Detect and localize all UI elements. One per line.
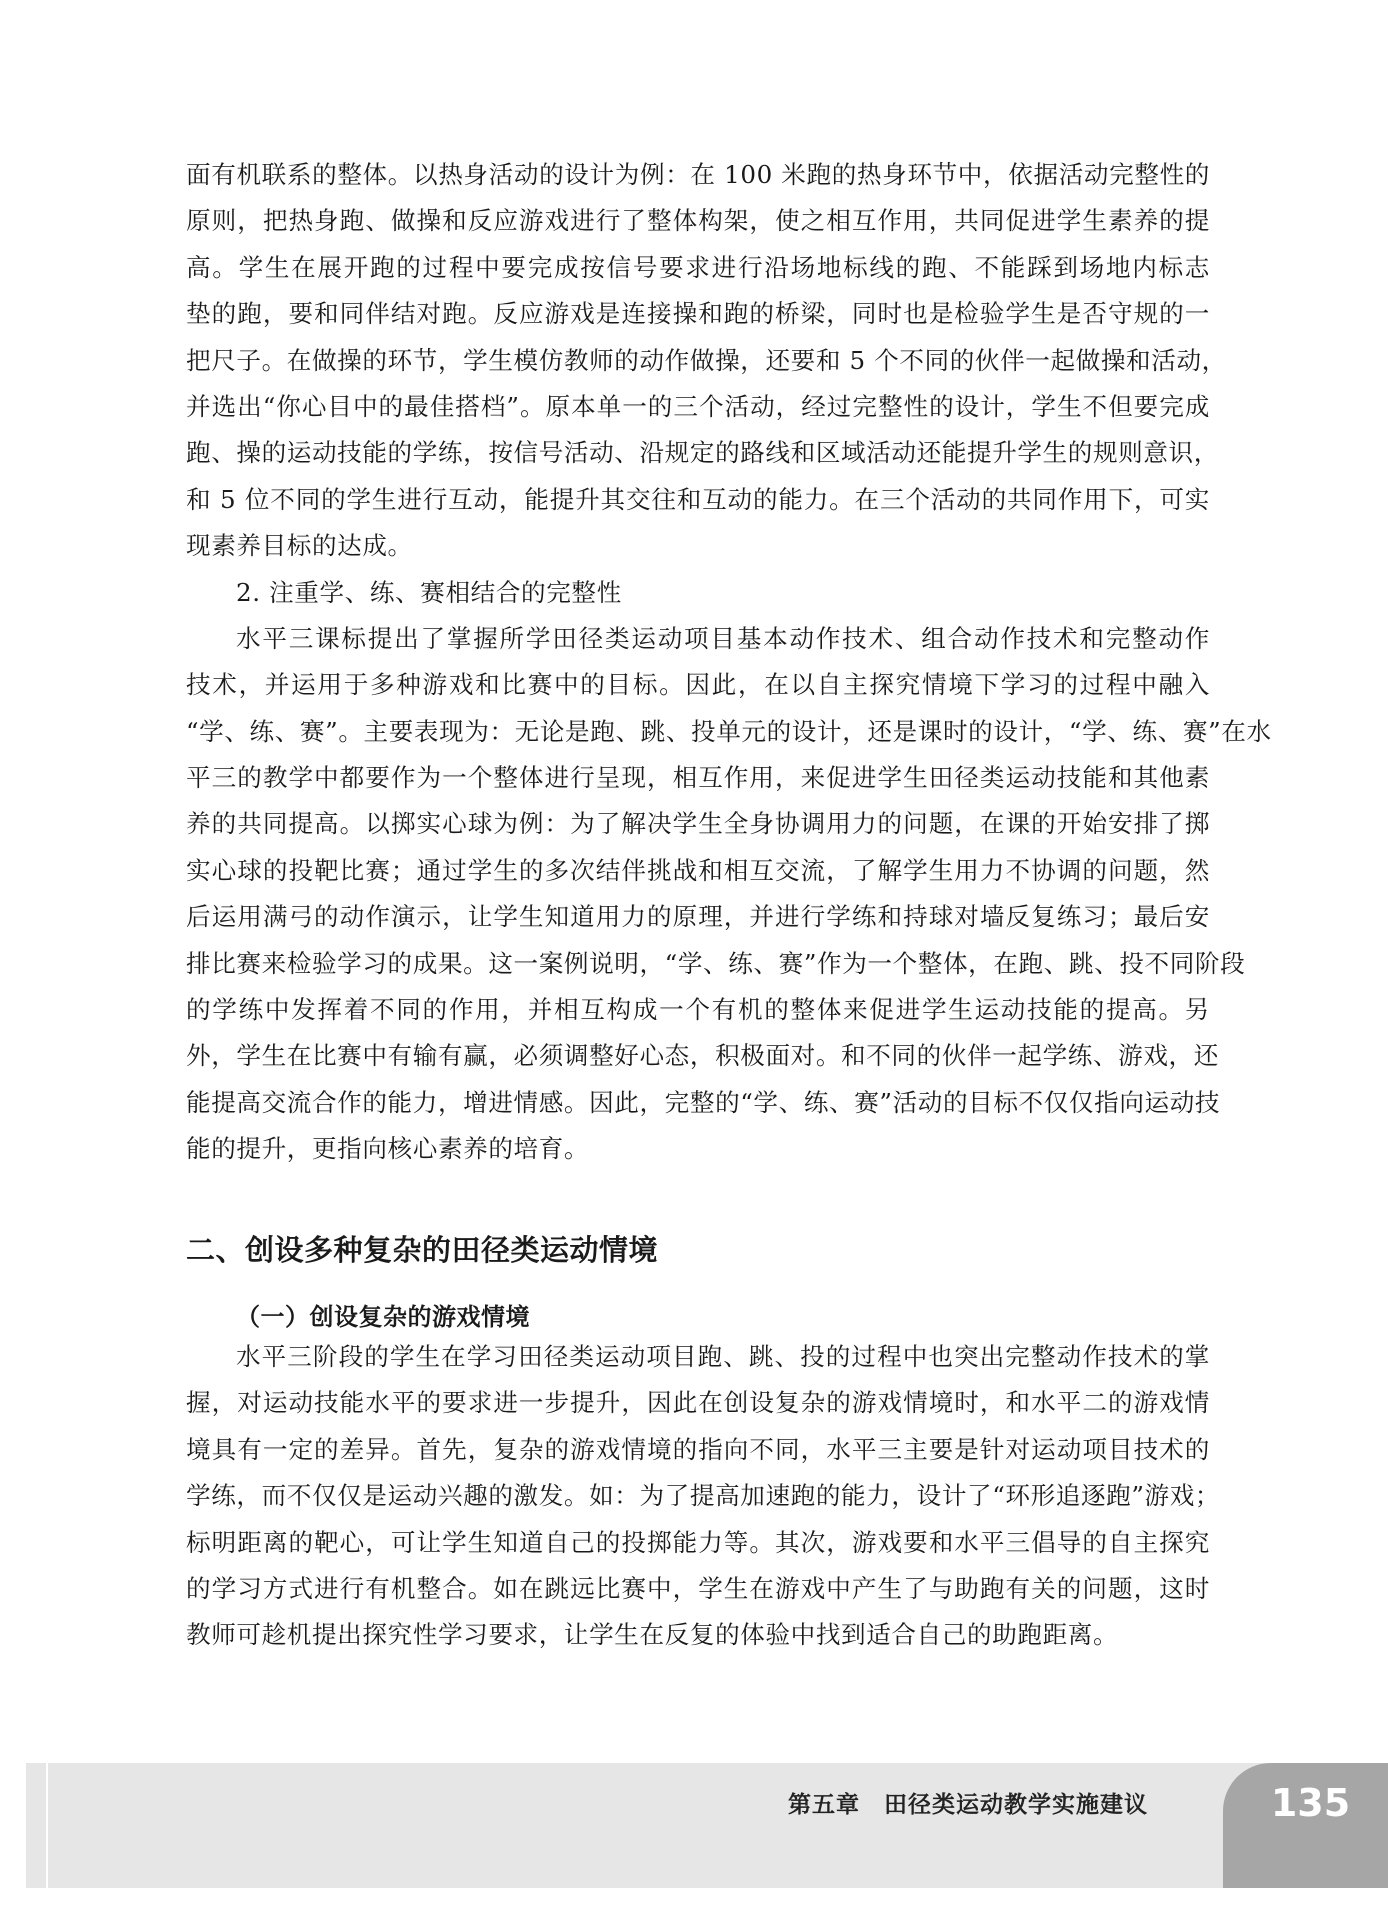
text-line: “学、练、赛”。主要表现为：无论是跑、跳、投单元的设计，还是课时的设计，“学、练…: [186, 709, 1210, 755]
text-line: 的学练中发挥着不同的作用，并相互构成一个有机的整体来促进学生运动技能的提高。另: [186, 987, 1210, 1033]
paragraph-game-scenario: 水平三阶段的学生在学习田径类运动项目跑、跳、投的过程中也突出完整动作技术的掌 握…: [186, 1334, 1210, 1659]
text-line: 并选出“你心目中的最佳搭档”。原本单一的三个活动，经过完整性的设计，学生不但要完…: [186, 384, 1210, 430]
text-line: 养的共同提高。以掷实心球为例：为了解决学生全身协调用力的问题，在课的开始安排了掷: [186, 801, 1210, 847]
paragraph-warmup-example: 面有机联系的整体。以热身活动的设计为例：在 100 米跑的热身环节中，依据活动完…: [186, 152, 1210, 570]
text-line: 后运用满弓的动作演示，让学生知道用力的原理，并进行学练和持球对墙反复练习；最后安: [186, 894, 1210, 940]
text-line: 实心球的投靶比赛；通过学生的多次结伴挑战和相互交流，了解学生用力不协调的问题，然: [186, 848, 1210, 894]
text-line: 标明距离的靶心，可让学生知道自己的投掷能力等。其次，游戏要和水平三倡导的自主探究: [186, 1520, 1210, 1566]
text-line: 把尺子。在做操的环节，学生模仿教师的动作做操，还要和 5 个不同的伙伴一起做操和…: [186, 338, 1210, 384]
text-line: 现素养目标的达成。: [186, 523, 1210, 569]
page-number-tab: 135: [1223, 1763, 1388, 1888]
text-line: 的学习方式进行有机整合。如在跳远比赛中，学生在游戏中产生了与助跑有关的问题，这时: [186, 1566, 1210, 1612]
subheading-text: 2. 注重学、练、赛相结合的完整性: [186, 570, 1210, 616]
footer-bar: [26, 1763, 1388, 1888]
page-number: 135: [1223, 1781, 1388, 1825]
text-line: 境具有一定的差异。首先，复杂的游戏情境的指向不同，水平三主要是针对运动项目技术的: [186, 1427, 1210, 1473]
text-line: 学练，而不仅仅是运动兴趣的激发。如：为了提高加速跑的能力，设计了“环形追逐跑”游…: [186, 1473, 1210, 1519]
text-line: 握，对运动技能水平的要求进一步提升，因此在创设复杂的游戏情境时，和水平二的游戏情: [186, 1380, 1210, 1426]
text-line: 水平三阶段的学生在学习田径类运动项目跑、跳、投的过程中也突出完整动作技术的掌: [186, 1334, 1210, 1380]
text-line: 跑、操的运动技能的学练，按信号活动、沿规定的路线和区域活动还能提升学生的规则意识…: [186, 430, 1210, 476]
text-line: 外，学生在比赛中有输有赢，必须调整好心态，积极面对。和不同的伙伴一起学练、游戏，…: [186, 1033, 1210, 1079]
text-line: 平三的教学中都要作为一个整体进行呈现，相互作用，来促进学生田径类运动技能和其他素: [186, 755, 1210, 801]
text-line: 垫的跑，要和同伴结对跑。反应游戏是连接操和跑的桥梁，同时也是检验学生是否守规的一: [186, 291, 1210, 337]
text-line: 原则，把热身跑、做操和反应游戏进行了整体构架，使之相互作用，共同促进学生素养的提: [186, 198, 1210, 244]
body-text-section-2: 水平三阶段的学生在学习田径类运动项目跑、跳、投的过程中也突出完整动作技术的掌 握…: [186, 1334, 1210, 1659]
text-line: 教师可趁机提出探究性学习要求，让学生在反复的体验中找到适合自己的助跑距离。: [186, 1612, 1210, 1658]
subheading-integration: 2. 注重学、练、赛相结合的完整性: [186, 570, 1210, 616]
text-line: 和 5 位不同的学生进行互动，能提升其交往和互动的能力。在三个活动的共同作用下，…: [186, 477, 1210, 523]
text-line: 水平三课标提出了掌握所学田径类运动项目基本动作技术、组合动作技术和完整动作: [186, 616, 1210, 662]
subsection-heading: （一）创设复杂的游戏情境: [236, 1297, 530, 1332]
text-line: 排比赛来检验学习的成果。这一案例说明，“学、练、赛”作为一个整体，在跑、跳、投不…: [186, 941, 1210, 987]
footer-divider: [46, 1763, 48, 1888]
text-line: 能的提升，更指向核心素养的培育。: [186, 1126, 1210, 1172]
text-line: 高。学生在展开跑的过程中要完成按信号要求进行沿场地标线的跑、不能踩到场地内标志: [186, 245, 1210, 291]
body-text: 面有机联系的整体。以热身活动的设计为例：在 100 米跑的热身环节中，依据活动完…: [186, 152, 1210, 1173]
text-line: 技术，并运用于多种游戏和比赛中的目标。因此，在以自主探究情境下学习的过程中融入: [186, 662, 1210, 708]
paragraph-learn-practice-compete: 水平三课标提出了掌握所学田径类运动项目基本动作技术、组合动作技术和完整动作 技术…: [186, 616, 1210, 1173]
running-footer-chapter-title: 第五章 田径类运动教学实施建议: [788, 1786, 1148, 1819]
text-line: 能提高交流合作的能力，增进情感。因此，完整的“学、练、赛”活动的目标不仅仅指向运…: [186, 1080, 1210, 1126]
text-line: 面有机联系的整体。以热身活动的设计为例：在 100 米跑的热身环节中，依据活动完…: [186, 152, 1210, 198]
section-heading: 二、创设多种复杂的田径类运动情境: [186, 1228, 658, 1269]
